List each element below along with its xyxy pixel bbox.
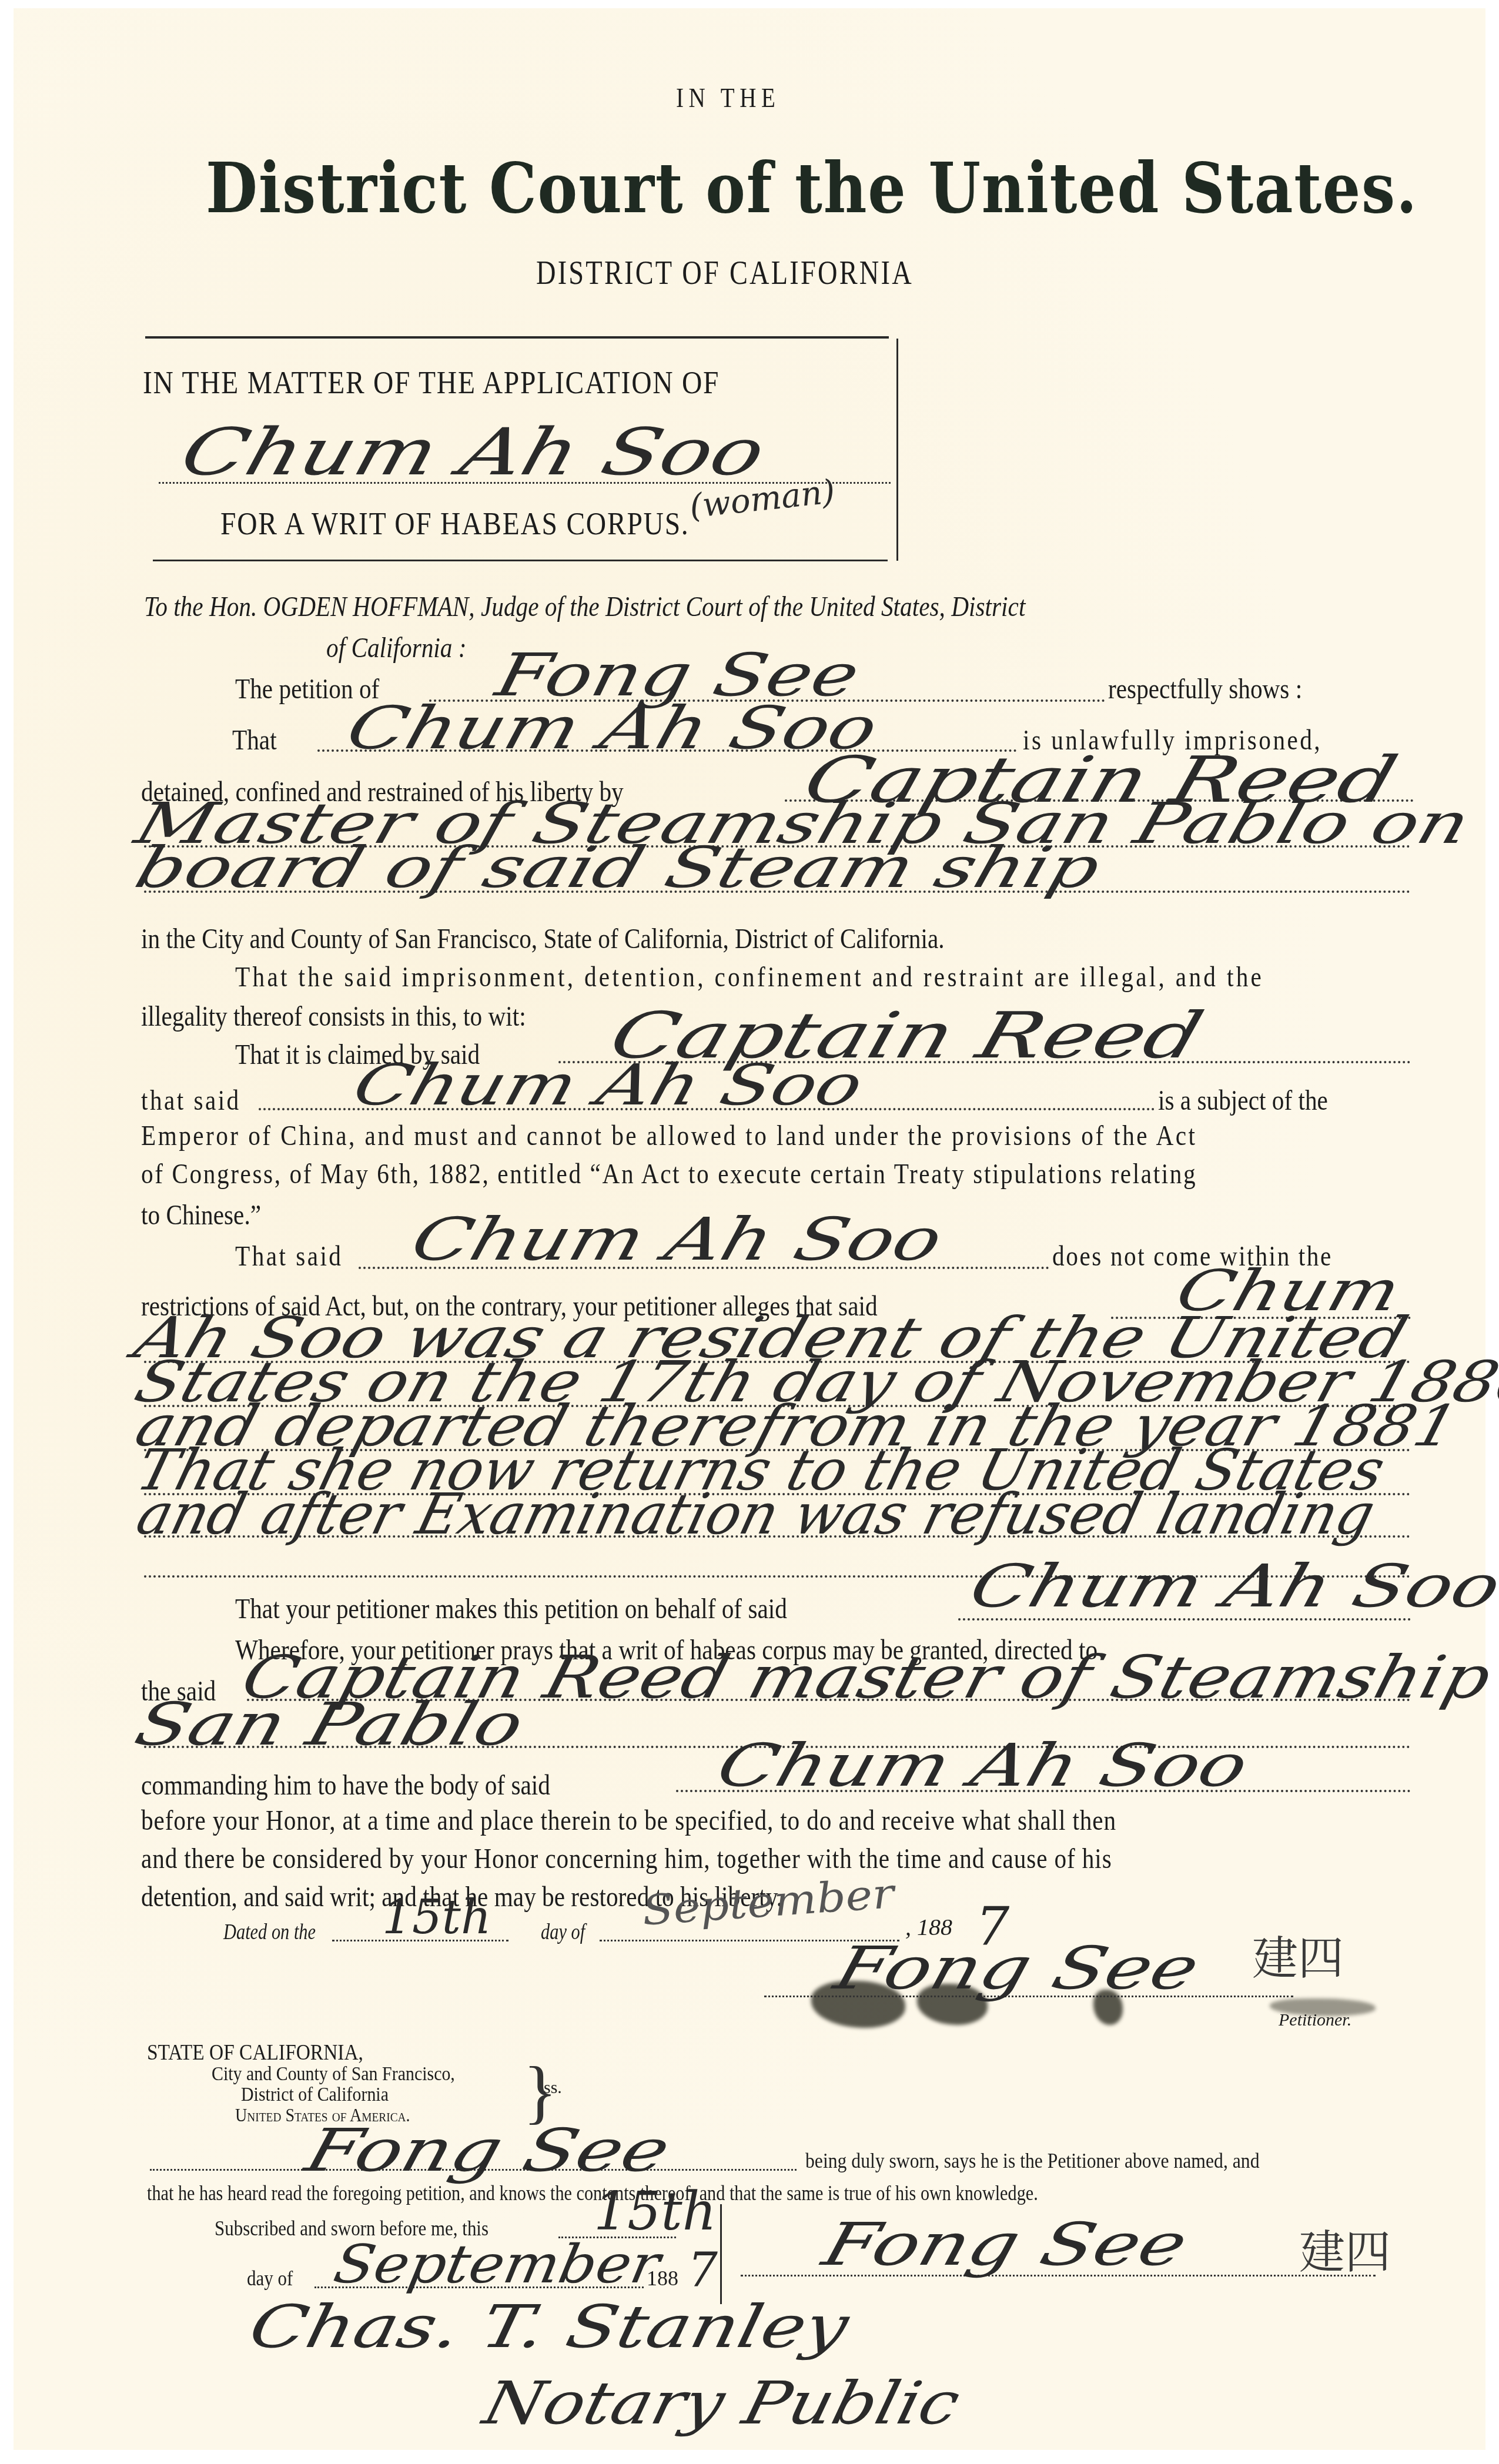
illegal-line2: illegality thereof consists in this, to … <box>141 1000 526 1033</box>
behalf-name: Chum Ah Soo <box>963 1552 1499 1621</box>
caption-bracket <box>896 339 898 561</box>
sub-month: September <box>329 2234 665 2295</box>
venue-city: City and County of San Francisco, <box>212 2063 455 2085</box>
venue-district: District of California <box>241 2084 389 2106</box>
address-line2: of California : <box>326 632 467 664</box>
sub-day-of-label: day of <box>247 2266 293 2291</box>
directed-2: San Pablo <box>128 1690 531 1759</box>
petitioner-label: Petitioner. <box>1279 2010 1351 2030</box>
header-in-the: IN THE <box>676 82 780 113</box>
sworn-text: being duly sworn, says he is the Petitio… <box>805 2148 1259 2173</box>
city-line: in the City and County of San Francisco,… <box>141 923 945 955</box>
caption-top-rule <box>145 336 889 339</box>
behalf-label: That your petitioner makes this petition… <box>235 1593 787 1625</box>
that-label: That <box>232 724 277 756</box>
not-within-name: Chum Ah Soo <box>404 1205 950 1274</box>
sub-year: 7 <box>688 2242 718 2297</box>
subject-name: Chum Ah Soo <box>346 1052 870 1118</box>
body-name: Chum Ah Soo <box>710 1731 1256 1800</box>
affiant-signature: Fong See <box>816 2210 1195 2279</box>
affiant-name: Fong See <box>299 2116 678 2185</box>
petitioner-signature: Fong See <box>828 1934 1207 2003</box>
notary-title: Notary Public <box>477 2369 966 2438</box>
commanding-label: commanding him to have the body of said <box>141 1769 550 1802</box>
venue-state: STATE OF CALIFORNIA, <box>147 2040 363 2065</box>
illegal-line1: That the said imprisonment, detention, c… <box>235 961 1264 993</box>
dated-day: 15th <box>382 1890 491 1944</box>
knowledge-line: that he has heard read the foregoing pet… <box>147 2181 1038 2205</box>
sub-year-prefix: 188 <box>647 2266 678 2291</box>
court-title: District Court of the United States. <box>206 147 1418 229</box>
address-line1: To the Hon. OGDEN HOFFMAN, Judge of the … <box>144 591 1025 623</box>
that-said2-label: That said <box>235 1240 343 1273</box>
sub-bracket <box>720 2204 722 2304</box>
caption-bottom-rule <box>153 560 888 561</box>
respectfully-shows: respectfully shows : <box>1108 673 1302 705</box>
chinese-line: to Chinese.” <box>141 1199 261 1231</box>
caption-line1: IN THE MATTER OF THE APPLICATION OF <box>143 364 720 401</box>
honor-line1: before your Honor, at a time and place t… <box>141 1805 1116 1837</box>
caption-applicant: Chum Ah Soo <box>173 414 774 490</box>
subject-of-text: is a subject of the <box>1158 1084 1328 1117</box>
venue-ss: ss. <box>544 2078 562 2098</box>
detainee-name: Chum Ah Soo <box>340 694 885 762</box>
honor-line2: and there be considered by your Honor co… <box>141 1843 1112 1875</box>
notary-name: Chas. T. Stanley <box>243 2292 855 2361</box>
header-district: DISTRICT OF CALIFORNIA <box>536 253 914 292</box>
congress-line: of Congress, of May 6th, 1882, entitled … <box>141 1158 1197 1190</box>
affiant-chinese-signature: 建四 <box>1299 2216 1391 2282</box>
restrainer-3: board of said Steam ship <box>128 835 1107 900</box>
allegation-5: and after Examination was refused landin… <box>131 1481 1381 1547</box>
caption-line2: FOR A WRIT OF HABEAS CORPUS. <box>220 505 690 542</box>
chinese-signature: 建四 <box>1252 1922 1344 1988</box>
that-said-label: that said <box>141 1084 241 1117</box>
dated-day-of-label: day of <box>541 1919 585 1945</box>
emperor-line: Emperor of China, and must and cannot be… <box>141 1120 1197 1152</box>
dated-on-label: Dated on the <box>223 1919 316 1945</box>
